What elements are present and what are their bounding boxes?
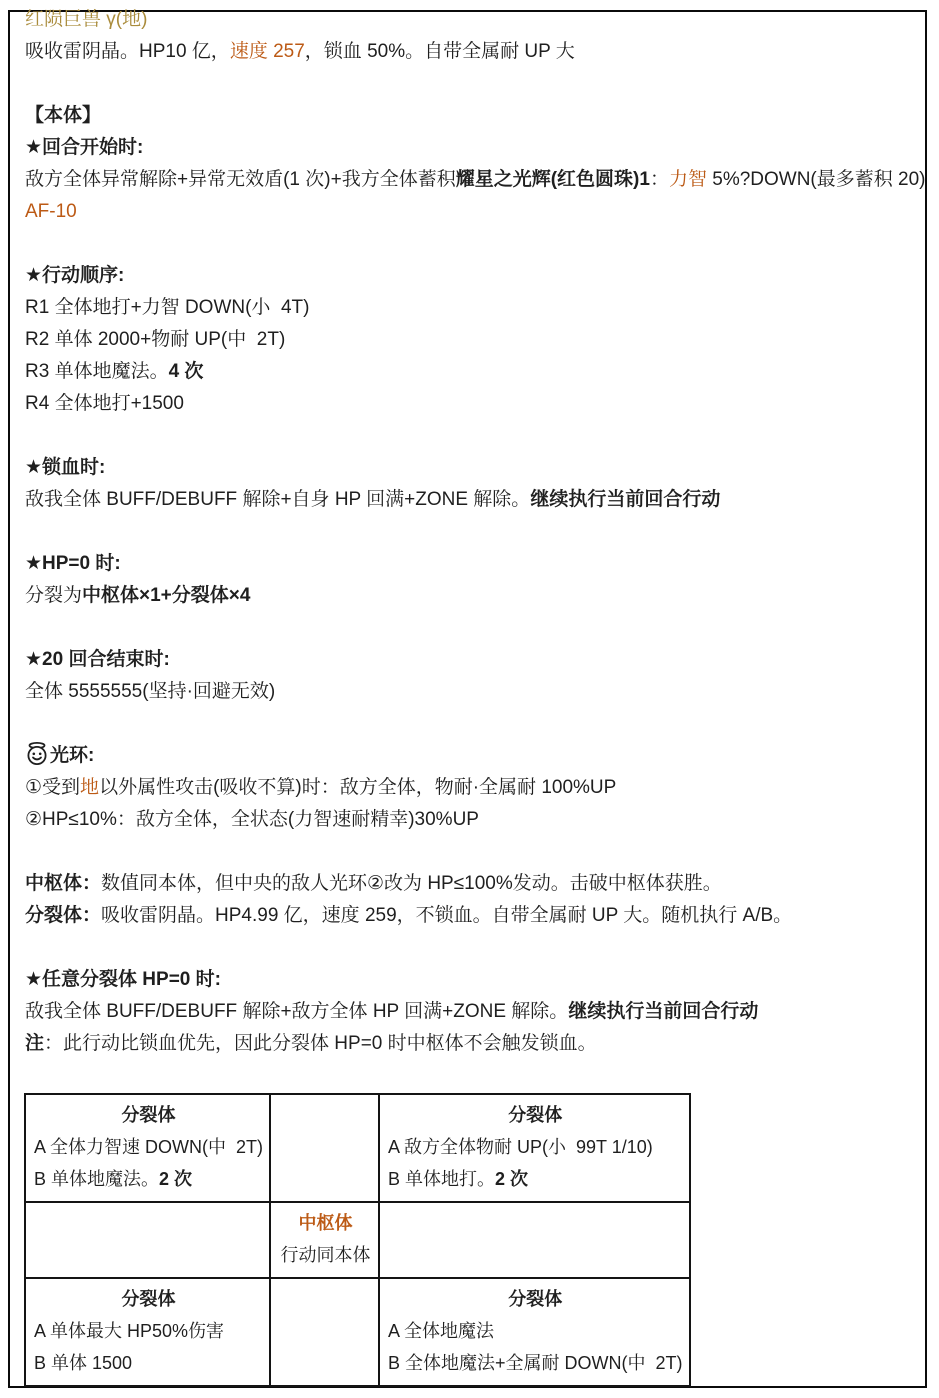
- action-r2: R2 单体 2000+物耐 UP(中 2T): [25, 324, 925, 356]
- split-body-desc: 分裂体：吸收雷阴晶。HP4.99 亿，速度 259，不锁血。自带全属耐 UP 大…: [25, 900, 925, 932]
- turn20-end-effects: 全体 5555555(坚持·回避无效): [25, 676, 925, 708]
- text-run: 全体 5555555(坚持·回避无效): [25, 681, 275, 702]
- table-row: 分裂体A 单体最大 HP50%伤害B 单体 1500分裂体A 全体地魔法B 全体…: [25, 1278, 690, 1386]
- text-run: 敌我全体 BUFF/DEBUFF 解除+敌方全体 HP 回满+ZONE 解除。: [25, 1001, 568, 1022]
- enemy-formation-table-body: 分裂体A 全体力智速 DOWN(中 2T)B 单体地魔法。2 次分裂体A 敌方全…: [25, 1094, 690, 1386]
- text-run: ，锁血 50%。自带全属耐 UP 大: [305, 41, 575, 62]
- text-run: B 单体地打。: [388, 1169, 495, 1189]
- cell-heading: 分裂体: [388, 1099, 683, 1131]
- text-run: 分裂体: [508, 1105, 562, 1125]
- text-run: 敌方全体异常解除+异常无效盾(1 次)+我方全体蓄积: [25, 169, 456, 190]
- spacer: [25, 836, 925, 868]
- cell-line: B 单体地魔法。2 次: [34, 1163, 263, 1195]
- text-run: 吸收雷阴晶。HP4.99 亿，速度 259，不锁血。自带全属耐 UP 大。随机执…: [101, 905, 792, 926]
- document-content: 红陨巨兽 γ(地)吸收雷阴晶。HP10 亿，速度 257，锁血 50%。自带全属…: [25, 4, 925, 1060]
- text-run: ★20 回合结束时:: [25, 649, 170, 670]
- text-run: 中枢体: [299, 1213, 353, 1233]
- hp-zero-effects: 分裂为中枢体×1+分裂体×4: [25, 580, 925, 612]
- text-run: B 单体地魔法。: [34, 1169, 159, 1189]
- text-run: R1 全体地打+力智 DOWN(小 4T): [25, 297, 309, 318]
- spacer: [25, 516, 925, 548]
- table-row: 中枢体行动同本体: [25, 1202, 690, 1278]
- text-run: 分裂为: [25, 585, 82, 606]
- cell-heading: 行动同本体: [279, 1239, 372, 1271]
- note: 注：此行动比锁血优先，因此分裂体 HP=0 时中枢体不会触发锁血。: [25, 1028, 925, 1060]
- text-run: 耀星之光辉(红色圆珠)1: [456, 169, 650, 190]
- table-cell: [270, 1094, 379, 1202]
- table-cell: 分裂体A 敌方全体物耐 UP(小 99T 1/10)B 单体地打。2 次: [379, 1094, 690, 1202]
- spacer: [25, 228, 925, 260]
- cell-line: A 单体最大 HP50%伤害: [34, 1315, 263, 1347]
- cell-line: B 全体地魔法+全属耐 DOWN(中 2T): [388, 1347, 683, 1379]
- action-r1: R1 全体地打+力智 DOWN(小 4T): [25, 292, 925, 324]
- enemy-formation-table: 分裂体A 全体力智速 DOWN(中 2T)B 单体地魔法。2 次分裂体A 敌方全…: [24, 1093, 691, 1387]
- heading-hp-zero: ★HP=0 时:: [25, 548, 925, 580]
- text-run: 数值同本体，但中央的敌人光环②改为 HP≤100%发动。击破中枢体获胜。: [101, 873, 722, 894]
- text-run: 速度 257: [230, 41, 305, 62]
- text-run: A 敌方全体物耐 UP(小 99T 1/10): [388, 1137, 653, 1157]
- text-run: 吸收雷阴晶。HP10 亿，: [25, 41, 230, 62]
- cell-line: B 单体 1500: [34, 1347, 263, 1379]
- cell-heading: 分裂体: [388, 1283, 683, 1315]
- heading-turn-start: ★回合开始时:: [25, 132, 925, 164]
- text-run: 分裂体：: [25, 905, 101, 926]
- table-cell: 分裂体A 单体最大 HP50%伤害B 单体 1500: [25, 1278, 270, 1386]
- spacer: [25, 420, 925, 452]
- split-hp-zero-effects: 敌我全体 BUFF/DEBUFF 解除+敌方全体 HP 回满+ZONE 解除。继…: [25, 996, 925, 1028]
- text-run: A 单体最大 HP50%伤害: [34, 1321, 224, 1341]
- text-run: 中枢体×1+分裂体×4: [82, 585, 250, 606]
- text-run: 力智: [669, 169, 707, 190]
- cell-line: A 全体力智速 DOWN(中 2T): [34, 1131, 263, 1163]
- cell-heading: 中枢体: [279, 1207, 372, 1239]
- heading-turn20-end: ★20 回合结束时:: [25, 644, 925, 676]
- cell-line: A 全体地魔法: [388, 1315, 683, 1347]
- boss-stats: 吸收雷阴晶。HP10 亿，速度 257，锁血 50%。自带全属耐 UP 大: [25, 36, 925, 68]
- cell-heading: 分裂体: [34, 1283, 263, 1315]
- boss-title: 红陨巨兽 γ(地): [25, 4, 925, 36]
- text-run: B 单体 1500: [34, 1353, 132, 1373]
- text-run: ★任意分裂体 HP=0 时:: [25, 969, 221, 990]
- text-run: R3 单体地魔法。: [25, 361, 169, 382]
- table-cell: 中枢体行动同本体: [270, 1202, 379, 1278]
- text-run: ：: [650, 169, 669, 190]
- turn-start-effects: 敌方全体异常解除+异常无效盾(1 次)+我方全体蓄积耀星之光辉(红色圆珠)1：力…: [25, 164, 925, 196]
- text-run: 2 次: [159, 1169, 192, 1189]
- text-run: A 全体力智速 DOWN(中 2T): [34, 1137, 263, 1157]
- table-cell: 分裂体A 全体力智速 DOWN(中 2T)B 单体地魔法。2 次: [25, 1094, 270, 1202]
- text-run: AF-10: [25, 201, 77, 222]
- text-run: 地: [80, 777, 99, 798]
- cell-line: B 单体地打。2 次: [388, 1163, 683, 1195]
- heading-action-order: ★行动顺序:: [25, 260, 925, 292]
- spacer: [25, 708, 925, 740]
- aura-1: ①受到地以外属性攻击(吸收不算)时：敌方全体，物耐·全属耐 100%UP: [25, 772, 925, 804]
- core-body-desc: 中枢体：数值同本体，但中央的敌人光环②改为 HP≤100%发动。击破中枢体获胜。: [25, 868, 925, 900]
- table-cell: 分裂体A 全体地魔法B 全体地魔法+全属耐 DOWN(中 2T): [379, 1278, 690, 1386]
- text-run: 分裂体: [122, 1105, 176, 1125]
- action-r3: R3 单体地魔法。4 次: [25, 356, 925, 388]
- heading-split-hp-zero: ★任意分裂体 HP=0 时:: [25, 964, 925, 996]
- text-run: 2 次: [495, 1169, 528, 1189]
- af-change: AF-10: [25, 196, 925, 228]
- text-run: 红陨巨兽 γ(地): [25, 9, 147, 30]
- cell-heading: 分裂体: [34, 1099, 263, 1131]
- table-row: 分裂体A 全体力智速 DOWN(中 2T)B 单体地魔法。2 次分裂体A 敌方全…: [25, 1094, 690, 1202]
- text-run: 继续执行当前回合行动: [530, 489, 720, 510]
- text-run: ★锁血时:: [25, 457, 105, 478]
- text-run: R2 单体 2000+物耐 UP(中 2T): [25, 329, 285, 350]
- table-cell: [379, 1202, 690, 1278]
- text-run: 光环:: [50, 745, 94, 766]
- text-run: ★HP=0 时:: [25, 553, 121, 574]
- text-run: 敌我全体 BUFF/DEBUFF 解除+自身 HP 回满+ZONE 解除。: [25, 489, 530, 510]
- text-run: A 全体地魔法: [388, 1321, 494, 1341]
- section-main-body-header: 【本体】: [25, 100, 925, 132]
- text-run: 注: [25, 1033, 44, 1054]
- text-run: 行动同本体: [281, 1245, 371, 1265]
- aura-2: ②HP≤10%：敌方全体，全状态(力智速耐精幸)30%UP: [25, 804, 925, 836]
- table-cell: [270, 1278, 379, 1386]
- action-r4: R4 全体地打+1500: [25, 388, 925, 420]
- text-run: ★回合开始时:: [25, 137, 143, 158]
- text-run: 分裂体: [508, 1289, 562, 1309]
- text-run: ②HP≤10%：敌方全体，全状态(力智速耐精幸)30%UP: [25, 809, 479, 830]
- heading-hp-lock: ★锁血时:: [25, 452, 925, 484]
- hp-lock-effects: 敌我全体 BUFF/DEBUFF 解除+自身 HP 回满+ZONE 解除。继续执…: [25, 484, 925, 516]
- spacer: [25, 612, 925, 644]
- text-run: 4 次: [169, 361, 204, 382]
- text-run: ：此行动比锁血优先，因此分裂体 HP=0 时中枢体不会触发锁血。: [44, 1033, 597, 1054]
- text-run: 中枢体：: [25, 873, 101, 894]
- spacer: [25, 68, 925, 100]
- text-run: 继续执行当前回合行动: [568, 1001, 758, 1022]
- spacer: [25, 932, 925, 964]
- text-run: R4 全体地打+1500: [25, 393, 184, 414]
- text-run: 以外属性攻击(吸收不算)时：敌方全体，物耐·全属耐 100%UP: [99, 777, 616, 798]
- cell-line: A 敌方全体物耐 UP(小 99T 1/10): [388, 1131, 683, 1163]
- text-run: 【本体】: [25, 105, 101, 126]
- table-cell: [25, 1202, 270, 1278]
- text-run: ①受到: [25, 777, 80, 798]
- text-run: 分裂体: [122, 1289, 176, 1309]
- text-run: B 全体地魔法+全属耐 DOWN(中 2T): [388, 1353, 683, 1373]
- text-run: ★行动顺序:: [25, 265, 124, 286]
- heading-aura: 光环:: [25, 740, 925, 772]
- text-run: 5%?DOWN(最多蓄积 20): [707, 169, 926, 190]
